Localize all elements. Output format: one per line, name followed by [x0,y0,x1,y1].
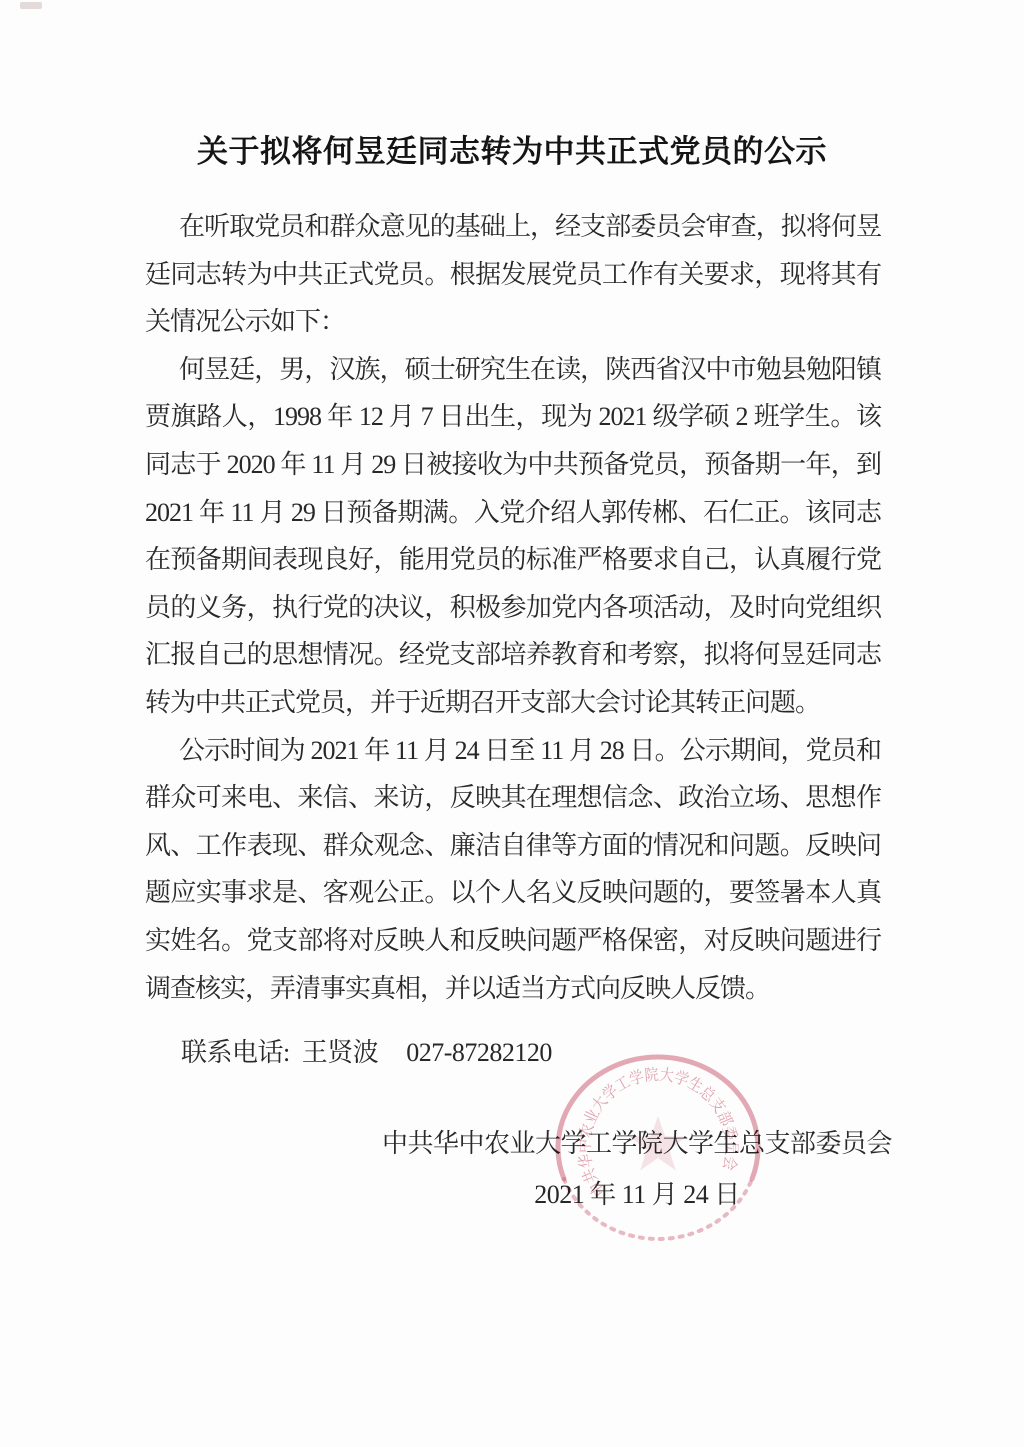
signature-committee: 中共华中农业大学工学院大学生总支部委员会 [382,1118,892,1169]
contact-person-name: 王贤波 [302,1038,379,1067]
contact-line: 联系电话:王贤波027-87282120 [181,1032,552,1069]
document-page: 关于拟将何昱廷同志转为中共正式党员的公示 在听取党员和群众意见的基础上，经支部委… [0,0,1024,1447]
scan-corner-artifact [20,2,42,9]
paragraph-member-info: 何昱廷，男，汉族，硕士研究生在读，陕西省汉中市勉县勉阳镇贾旗路人，1998 年 … [145,346,881,727]
signature-block: 中共华中农业大学工学院大学生总支部委员会 2021 年 11 月 24 日 [382,1118,892,1220]
paragraph-publicity-period: 公示时间为 2021 年 11 月 24 日至 11 月 28 日。公示期间，党… [145,727,881,1013]
paragraph-intro: 在听取党员和群众意见的基础上，经支部委员会审查，拟将何昱廷同志转为中共正式党员。… [145,203,881,346]
contact-label: 联系电话: [181,1038,290,1067]
contact-phone-number: 027-87282120 [406,1038,552,1067]
page-title: 关于拟将何昱廷同志转为中共正式党员的公示 [0,126,1024,171]
document-body: 在听取党员和群众意见的基础上，经支部委员会审查，拟将何昱廷同志转为中共正式党员。… [145,203,881,1012]
signature-date: 2021 年 11 月 24 日 [382,1169,892,1220]
